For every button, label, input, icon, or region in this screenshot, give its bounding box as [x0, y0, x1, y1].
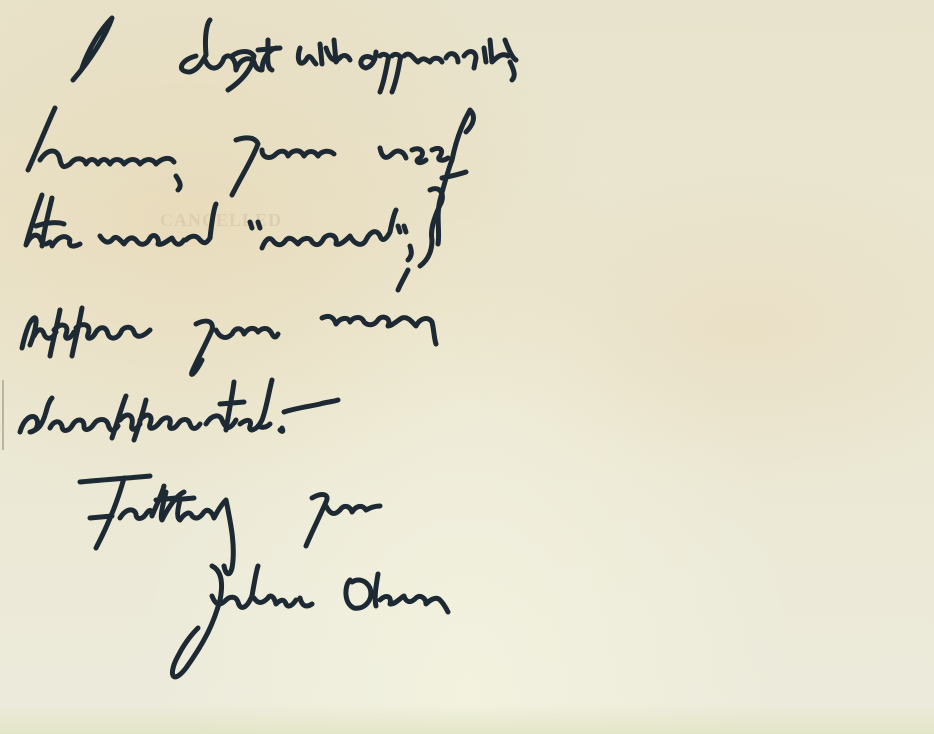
line-4-ink	[22, 308, 436, 374]
letter-paper: CANCELLED	[0, 0, 934, 734]
handwriting-ink	[0, 0, 934, 734]
line-1-ink	[73, 18, 516, 92]
signature-ink	[172, 566, 448, 677]
line-3-ink	[26, 189, 442, 290]
closing-ink	[80, 476, 380, 574]
line-5-ink	[20, 380, 338, 440]
